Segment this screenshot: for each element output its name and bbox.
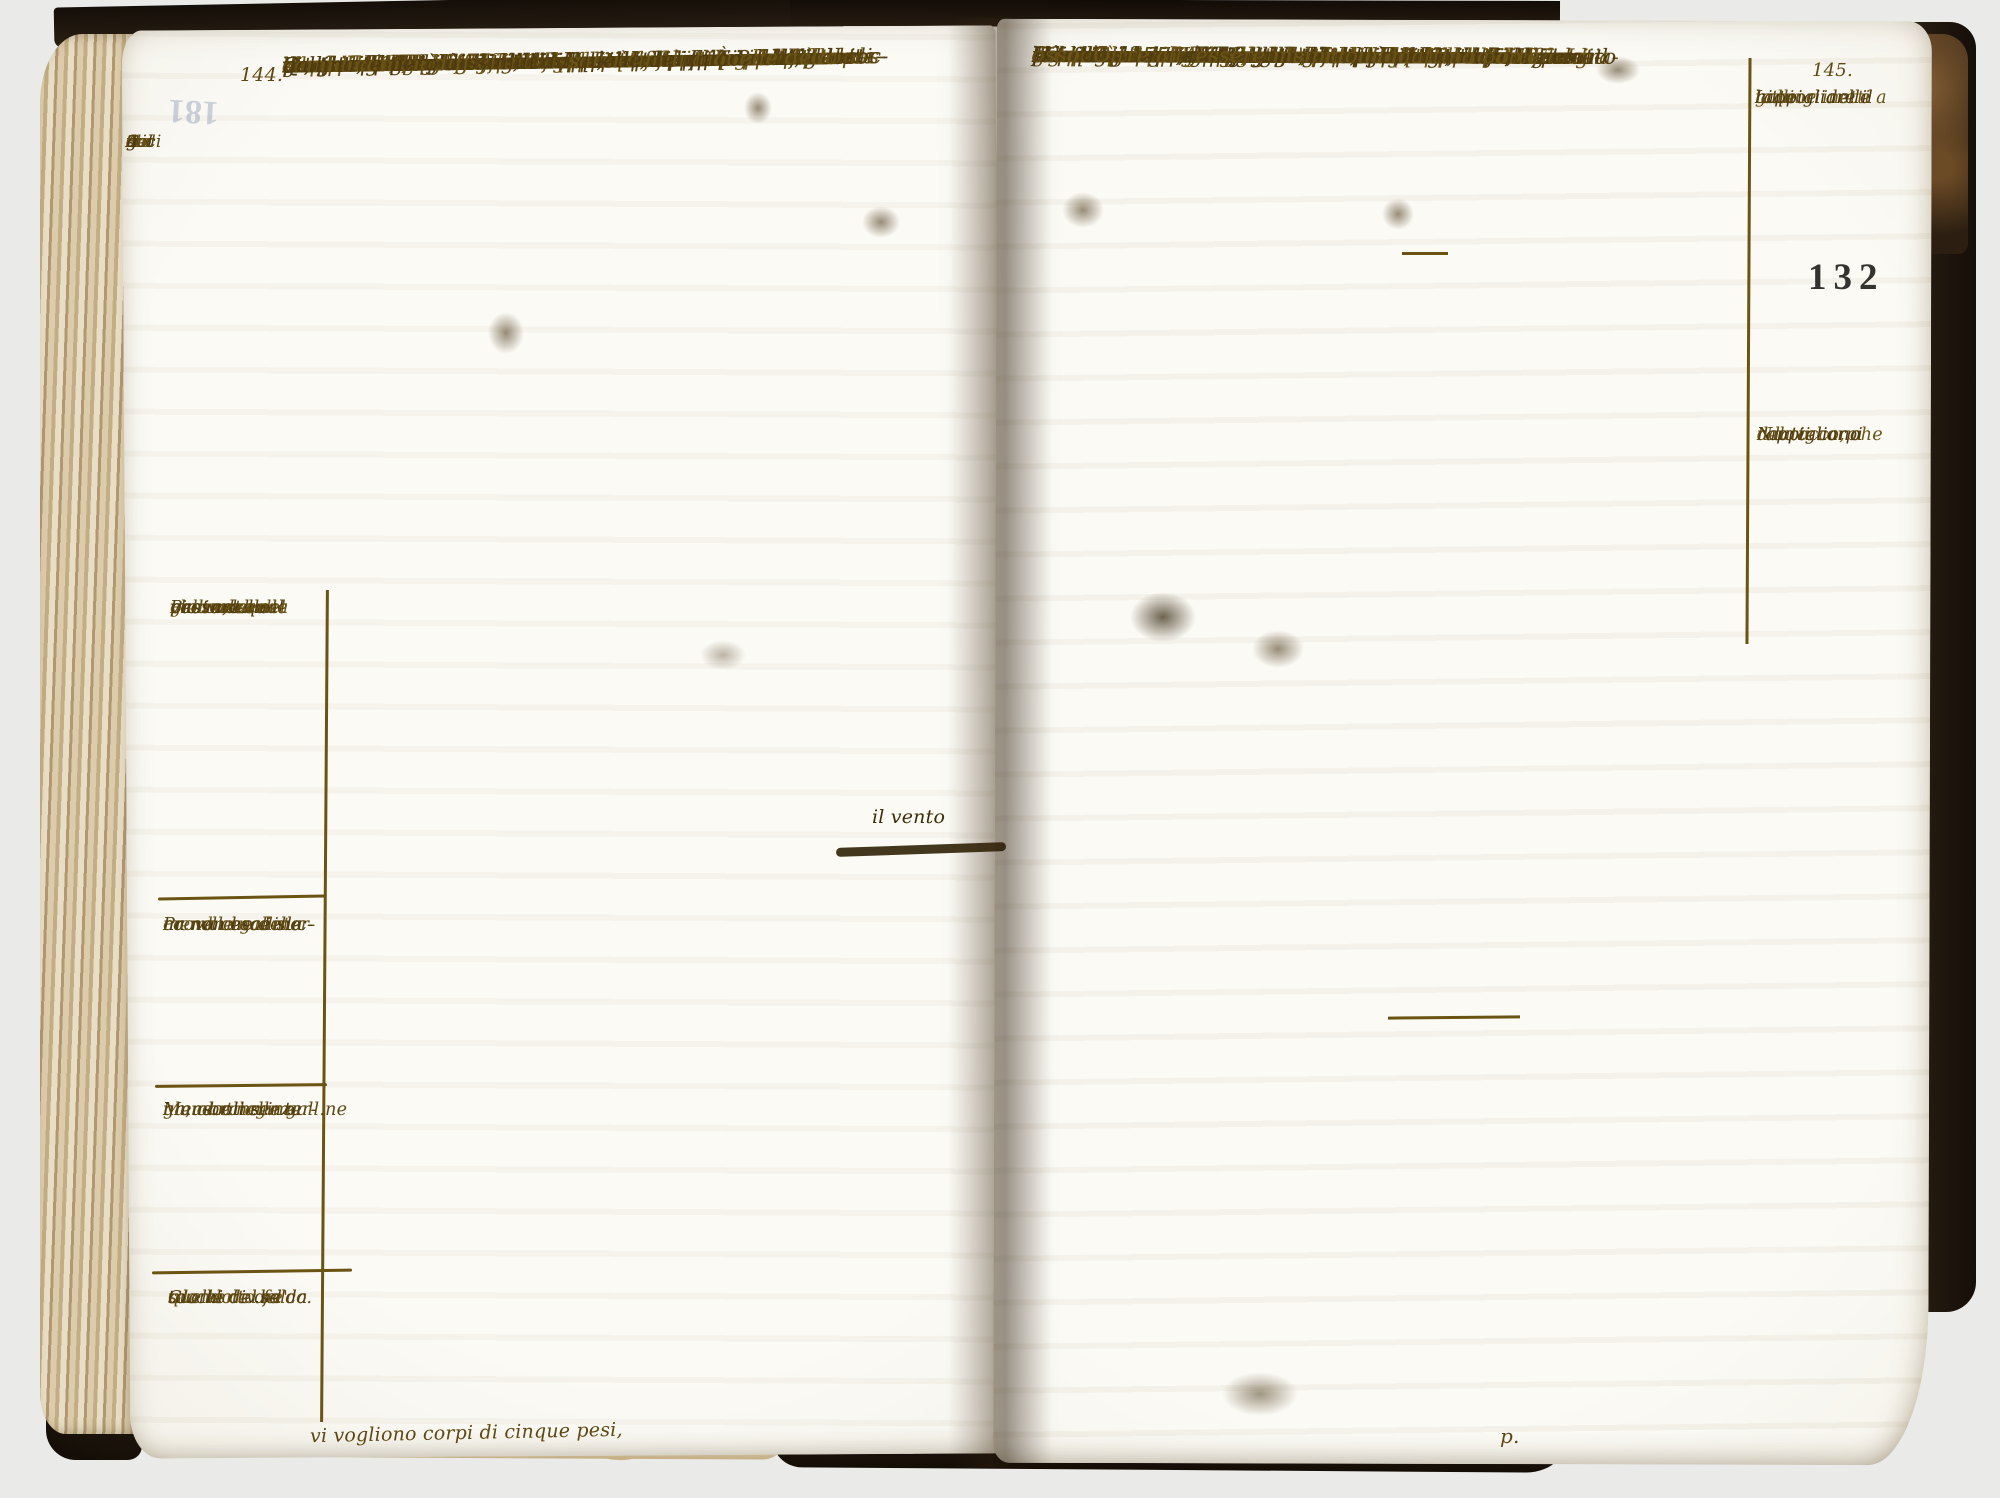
left-page — [122, 25, 1005, 1458]
text-line: co nelle galline — [163, 915, 301, 960]
interlinear-insertion: il vento — [872, 806, 945, 828]
text-line: g — [126, 132, 137, 186]
stray-ink-mark: p. — [1500, 1424, 1520, 1448]
right-page-number: 145. — [1812, 60, 1853, 81]
text-line: il latte. — [1757, 425, 1822, 471]
text-line: gallina, e però dissimili da quelle del … — [282, 46, 749, 104]
text-line: ossa. Oltre all' essere insipido la matt… — [1032, 43, 1540, 99]
manuscript-photo: 144. 181 CSdenesuctrotriordigalnaAoacchg… — [0, 0, 2000, 1498]
text-line: passare. — [170, 598, 246, 642]
bleedthrough-stamp: 181 — [167, 91, 220, 132]
left-page-number: 144. — [240, 64, 283, 86]
text-line: latte. — [1755, 88, 1802, 134]
underline-mark — [1402, 252, 1448, 255]
text-line: quelle del falco. — [168, 1288, 312, 1326]
right-page — [993, 19, 1932, 1465]
text-line: gland.e nelle gall.ne — [163, 1100, 347, 1142]
library-stamp-number: 132 — [1808, 256, 1885, 299]
